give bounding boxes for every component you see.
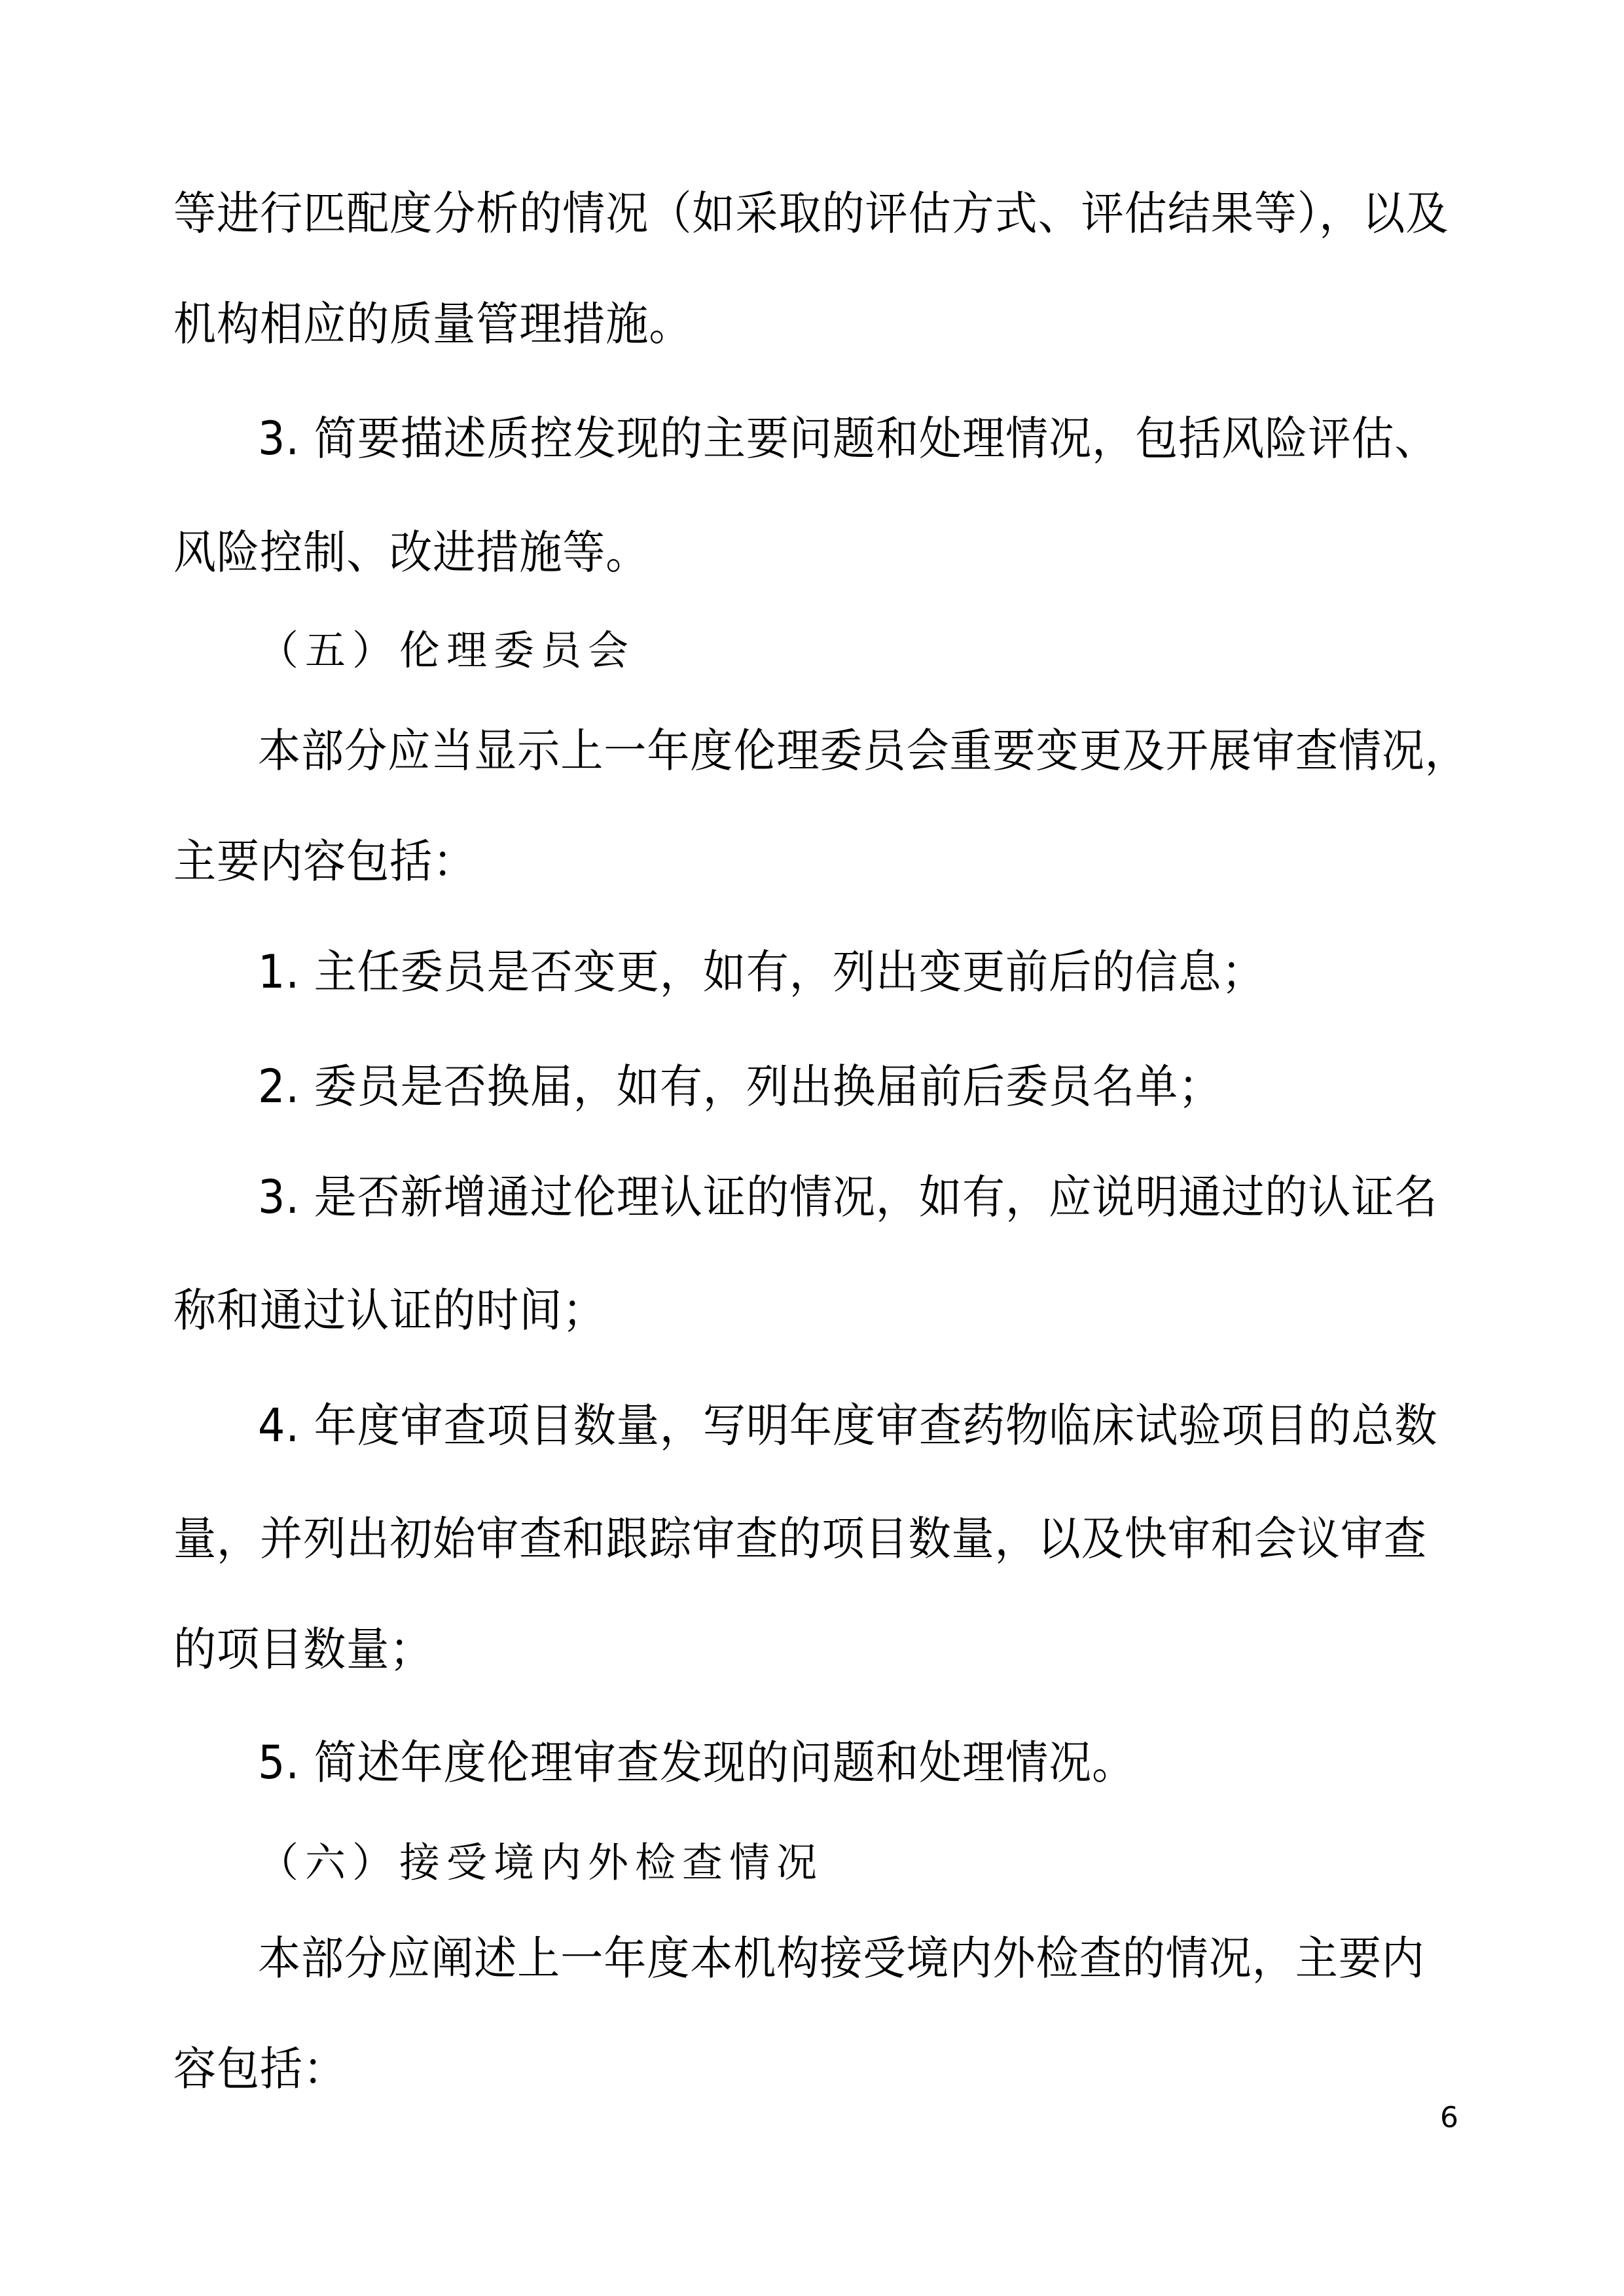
list-item-3: 3. 是否新增通过伦理认证的情况，如有，应说明通过的认证名 — [258, 1168, 1437, 1227]
body-line: 等进行匹配度分析的情况（如采取的评估方式、评估结果等），以及 — [173, 184, 1449, 243]
page-number: 6 — [1440, 2101, 1458, 2134]
list-item-1: 1. 主任委员是否变更，如有，列出变更前后的信息； — [258, 942, 1265, 1001]
body-line: 称和通过认证的时间； — [173, 1281, 605, 1340]
paragraph-line: 本部分应当显示上一年度伦理委员会重要变更及开展审查情况， — [258, 721, 1468, 780]
section-heading-ethics-committee: （五）伦理委员会 — [258, 621, 635, 680]
body-line: 容包括： — [173, 2039, 346, 2098]
list-item-2: 2. 委员是否换届，如有，列出换届前后委员名单； — [258, 1057, 1221, 1116]
body-line: 机构相应的质量管理措施。 — [173, 295, 692, 353]
body-line: 量，并列出初始审查和跟踪审查的项目数量，以及快审和会议审查 — [173, 1509, 1427, 1568]
body-line: 的项目数量； — [173, 1620, 433, 1679]
list-item-3-quality-control: 3. 简要描述质控发现的主要问题和处理情况，包括风险评估、 — [258, 409, 1437, 468]
section-heading-inspections: （六）接受境内外检查情况 — [258, 1833, 823, 1892]
body-line: 主要内容包括： — [173, 832, 476, 891]
list-item-5: 5. 简述年度伦理审查发现的问题和处理情况。 — [258, 1733, 1135, 1792]
paragraph-line: 本部分应阐述上一年度本机构接受境内外检查的情况，主要内 — [258, 1929, 1425, 1988]
list-item-4: 4. 年度审查项目数量，写明年度审查药物临床试验项目的总数 — [258, 1396, 1437, 1455]
body-line: 风险控制、改进措施等。 — [173, 523, 649, 582]
